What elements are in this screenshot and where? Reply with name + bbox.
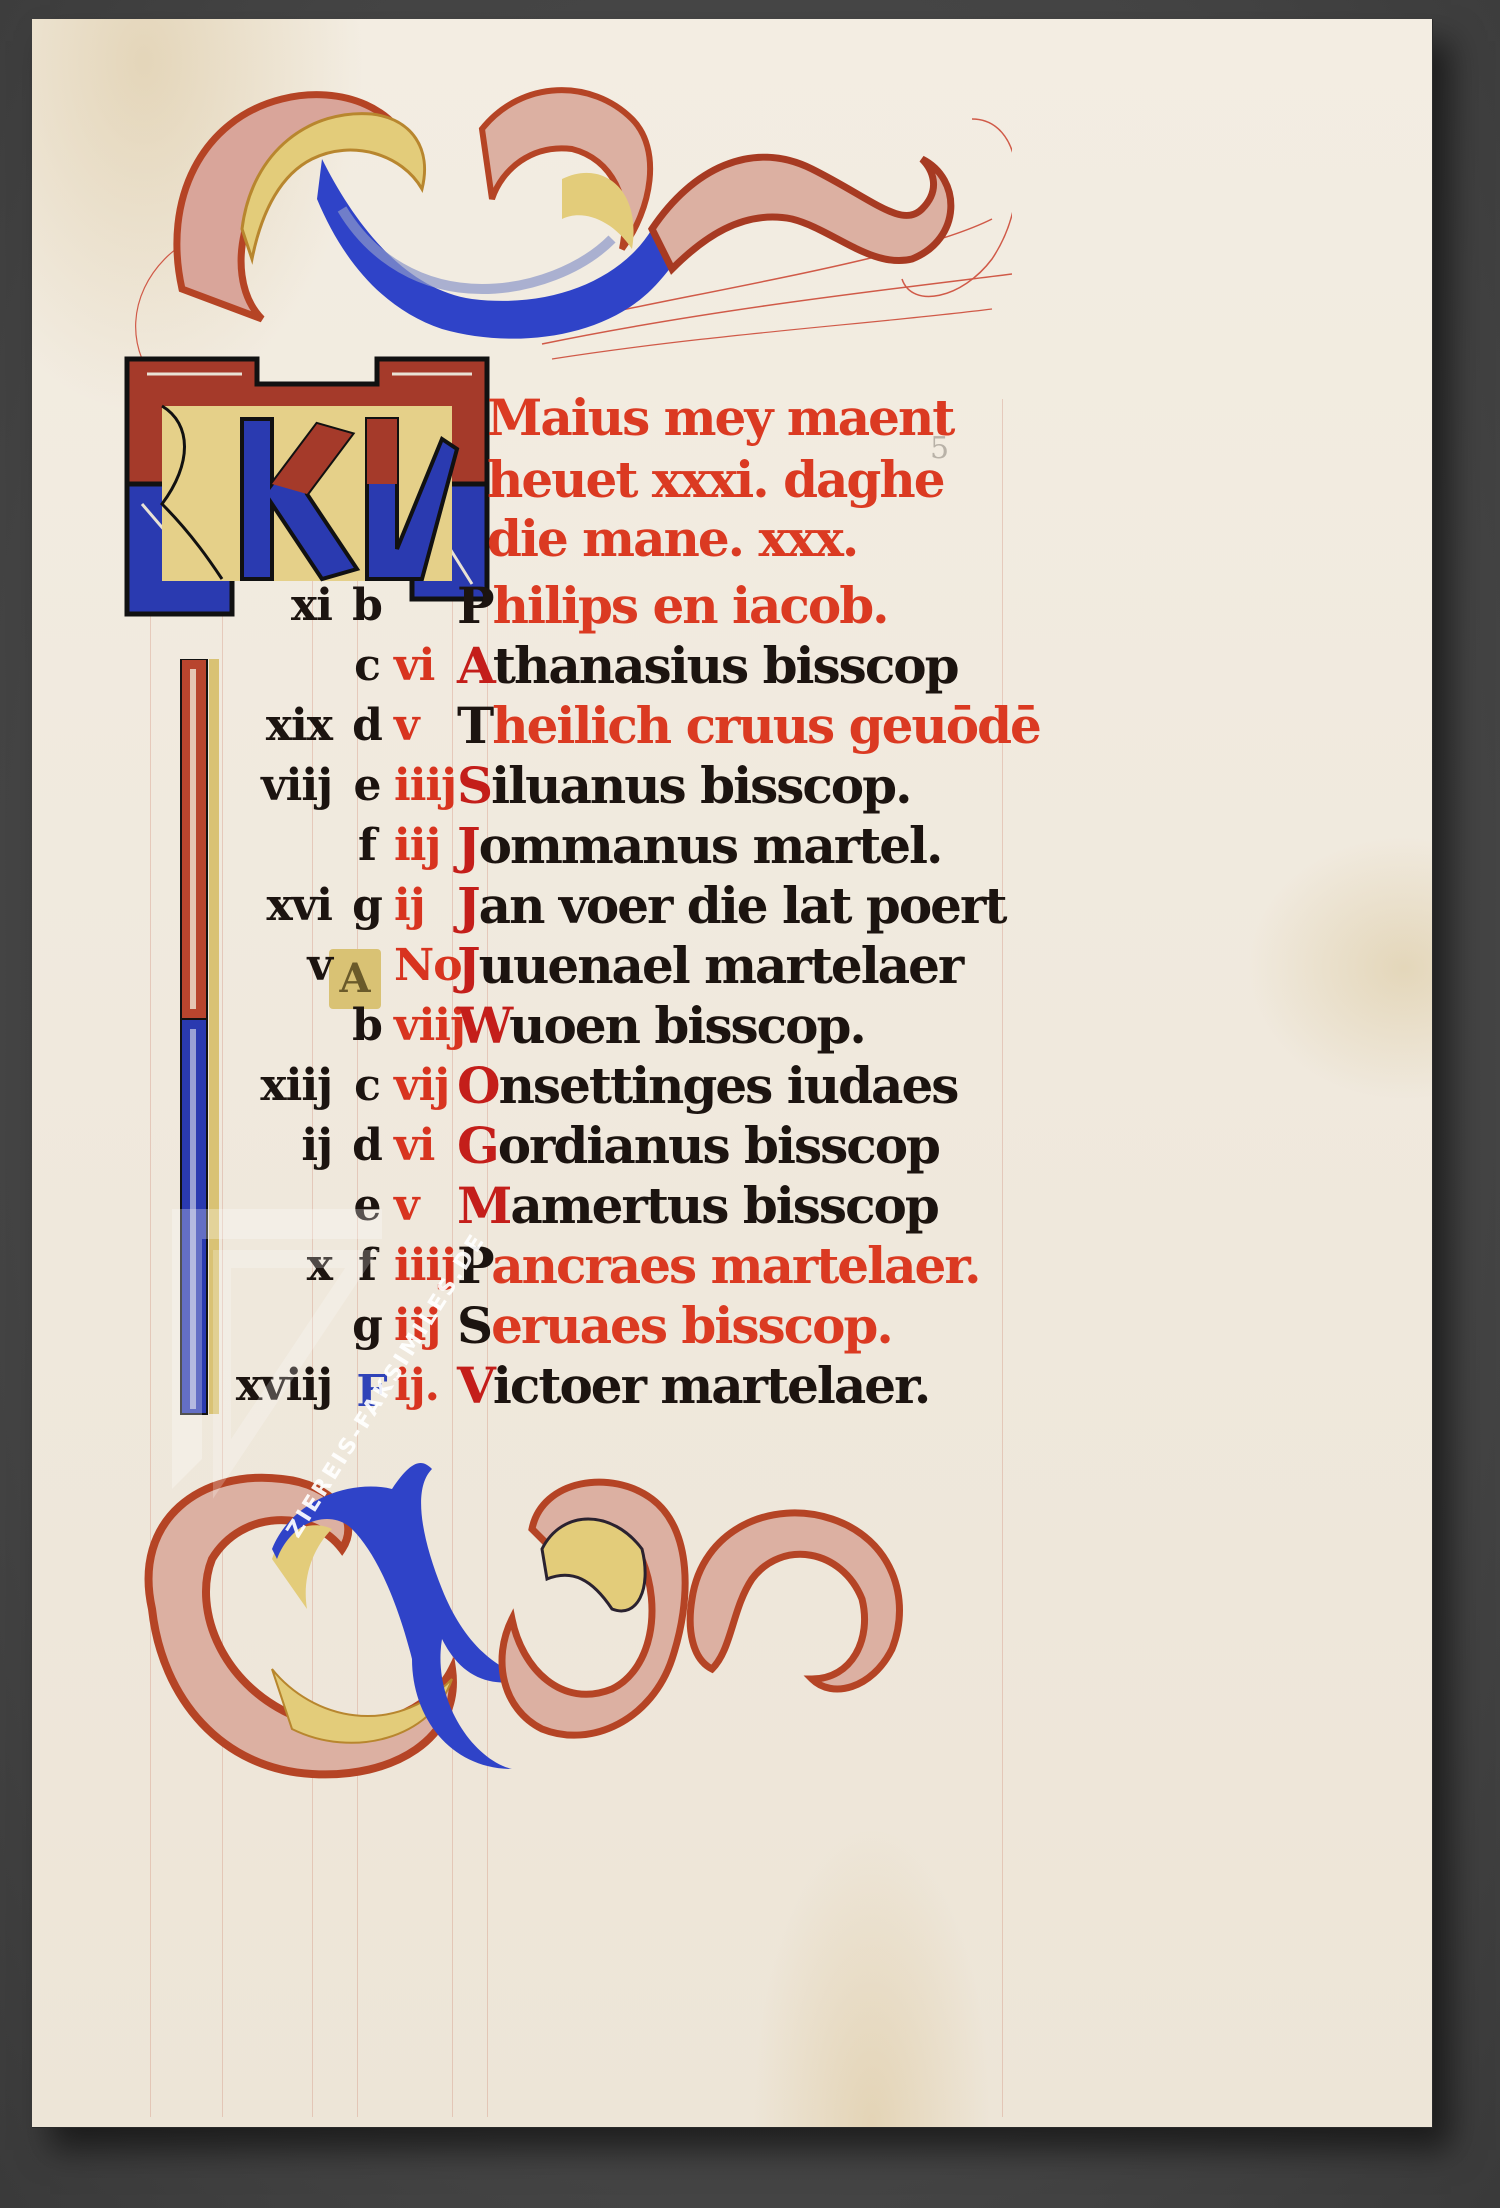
saint-entry: Mamertus bisscop xyxy=(457,1176,938,1236)
saint-entry: Pancraes martelaer. xyxy=(457,1236,979,1296)
saint-entry: Theilich cruus geuōdē xyxy=(457,696,1040,756)
saint-entry: Jan voer die lat poert xyxy=(457,876,1005,936)
dominical-letter: e xyxy=(342,756,392,816)
saint-entry: Philips en iacob. xyxy=(457,576,888,636)
saint-entry: Athanasius bisscop xyxy=(457,636,958,696)
golden-number: xi xyxy=(222,576,332,636)
saint-entry: Onsettinges iudaes xyxy=(457,1056,957,1116)
calendar-row: viij e iiij Siluanus bisscop. xyxy=(32,756,1432,816)
heading-line-3: die mane. xxx. xyxy=(487,509,857,569)
golden-number xyxy=(222,996,332,1056)
golden-number: ij xyxy=(222,1116,332,1176)
golden-number xyxy=(222,816,332,876)
manuscript-page: 5 xyxy=(32,19,1433,2128)
saint-entry: Juuenael martelaer xyxy=(457,936,962,996)
calendar-row: xi b Philips en iacob. xyxy=(32,576,1432,636)
saint-entry: Siluanus bisscop. xyxy=(457,756,911,816)
calendar-row: xiij c vij Onsettinges iudaes xyxy=(32,1056,1432,1116)
saint-entry: Seruaes bisscop. xyxy=(457,1296,892,1356)
calendar-row: c vi Athanasius bisscop xyxy=(32,636,1432,696)
saint-entry: Jommanus martel. xyxy=(457,816,941,876)
calendar-row: xvi g ij Jan voer die lat poert xyxy=(32,876,1432,936)
golden-number: xiij xyxy=(222,1056,332,1116)
dominical-letter: f xyxy=(342,816,392,876)
saint-entry: Gordianus bisscop xyxy=(457,1116,939,1176)
top-acanthus-decoration xyxy=(112,59,1012,389)
heading-line-2: heuet xxxi. daghe xyxy=(487,450,944,510)
golden-number: viij xyxy=(222,756,332,816)
heading-line-1: Maius mey maent xyxy=(487,388,953,448)
saint-entry: Wuoen bisscop. xyxy=(457,996,865,1056)
dominical-letter: c xyxy=(342,1056,392,1116)
dominical-letter: g xyxy=(342,876,392,936)
calendar-row: b viij Wuoen bisscop. xyxy=(32,996,1432,1056)
dominical-letter: d xyxy=(342,1116,392,1176)
golden-number: xix xyxy=(222,696,332,756)
dominical-letter: b xyxy=(342,576,392,636)
dominical-letter: d xyxy=(342,696,392,756)
calendar-row: xix d v Theilich cruus geuōdē xyxy=(32,696,1432,756)
calendar-row: f iij Jommanus martel. xyxy=(32,816,1432,876)
calendar-row: v No Juuenael martelaer xyxy=(32,936,1432,996)
dominical-letter: b xyxy=(342,996,392,1056)
dominical-letter: c xyxy=(342,636,392,696)
golden-number: v xyxy=(222,936,332,996)
golden-number xyxy=(222,636,332,696)
saint-entry: Victoer martelaer. xyxy=(457,1356,929,1416)
calendar-row: ij d vi Gordianus bisscop xyxy=(32,1116,1432,1176)
golden-number: xvi xyxy=(222,876,332,936)
